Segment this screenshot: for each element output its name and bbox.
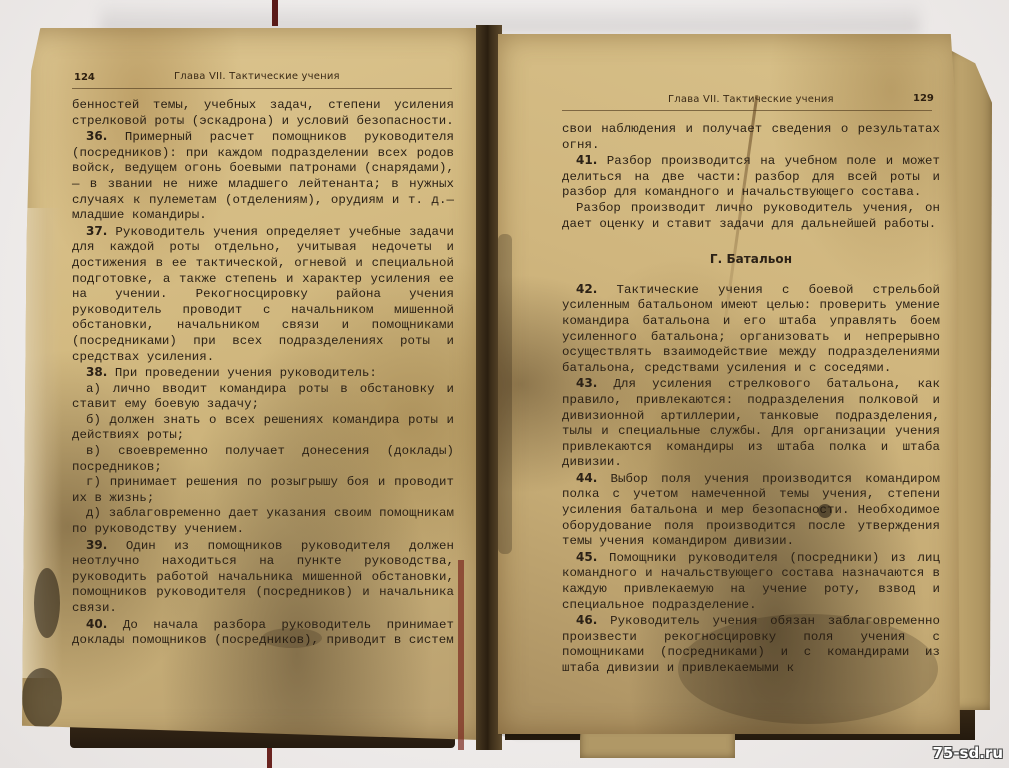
- paragraph: бенностей темы, учебных задач, степени у…: [72, 98, 454, 129]
- paragraph: а) лично вводит командира роты в обстано…: [72, 382, 454, 413]
- paragraph: 43. Для усиления стрелкового батальона, …: [562, 376, 940, 471]
- paragraph-text: Разбор производится на учебном поле и мо…: [562, 154, 940, 199]
- mold-stain: [22, 668, 62, 728]
- paragraph-text: Один из помощников руководителя должен н…: [72, 539, 454, 615]
- paragraph-text: Примерный расчет помощников руководителя…: [72, 130, 454, 222]
- paragraph-number: 42.: [576, 282, 597, 296]
- paragraph-text: Для усиления стрелкового батальона, как …: [562, 377, 940, 469]
- paragraph-text: До начала разбора руководитель принимает…: [72, 618, 454, 648]
- paragraph: 42. Тактические учения с боевой стрельбо…: [562, 282, 940, 377]
- paragraph-text: г) принимает решения по розыгрышу боя и …: [72, 475, 454, 505]
- paragraph-number: 45.: [576, 550, 597, 564]
- paragraph-text: свои наблюдения и получает сведения о ре…: [562, 122, 940, 152]
- left-page-body: бенностей темы, учебных задач, степени у…: [72, 98, 454, 649]
- bookmark-ribbon-top: [272, 0, 278, 26]
- paragraph-text: б) должен знать о всех решениях командир…: [72, 413, 454, 443]
- mold-stain: [678, 614, 938, 724]
- paragraph-number: 38.: [86, 365, 107, 379]
- paragraph-text: Разбор производит лично руководитель уче…: [562, 201, 940, 231]
- paragraph-text: Руководитель учения определяет учебные з…: [72, 225, 454, 364]
- mold-stain: [262, 628, 322, 648]
- paragraph: 38. При проведении учения руководитель:: [72, 365, 454, 382]
- paragraph-text: Помощники руководителя (посредники) из л…: [562, 551, 940, 612]
- paragraph-number: 39.: [86, 538, 107, 552]
- paragraph-text: бенностей темы, учебных задач, степени у…: [72, 98, 454, 128]
- paragraph-text: а) лично вводит командира роты в обстано…: [72, 382, 454, 412]
- paragraph: 40. До начала разбора руководитель прини…: [72, 617, 454, 649]
- page-number: 129: [913, 93, 934, 104]
- right-page: Глава VII. Тактические учения 129 свои н…: [498, 34, 960, 734]
- page-number: 124: [74, 72, 95, 83]
- paragraph-text: д) заблаговременно дает указания своим п…: [72, 506, 454, 536]
- paragraph-number: 46.: [576, 613, 597, 627]
- running-head: Глава VII. Тактические учения: [174, 71, 340, 82]
- paragraph-text: При проведении учения руководитель:: [115, 366, 377, 380]
- paragraph: 36. Примерный расчет помощников руководи…: [72, 129, 454, 224]
- mold-stain: [34, 568, 60, 638]
- paragraph-text: Выбор поля учения производится командиро…: [562, 472, 940, 548]
- paragraph: б) должен знать о всех решениях командир…: [72, 413, 454, 444]
- paragraph: 39. Один из помощников руководителя долж…: [72, 538, 454, 617]
- running-head: Глава VII. Тактические учения: [668, 94, 834, 105]
- paragraph-number: 43.: [576, 376, 597, 390]
- header-rule: [562, 110, 932, 111]
- paragraph-number: 37.: [86, 224, 107, 238]
- spine-binding: [458, 560, 464, 750]
- left-page: 124 Глава VII. Тактические учения беннос…: [22, 28, 480, 740]
- section-title: Г. Батальон: [562, 252, 940, 268]
- paragraph-number: 36.: [86, 129, 107, 143]
- paragraph: д) заблаговременно дает указания своим п…: [72, 506, 454, 537]
- paragraph-number: 40.: [86, 617, 107, 631]
- right-page-body: свои наблюдения и получает сведения о ре…: [562, 122, 940, 677]
- paragraph-number: 44.: [576, 471, 597, 485]
- paragraph-text: в) своевременно получает донесения (докл…: [72, 444, 454, 474]
- paragraph: г) принимает решения по розыгрышу боя и …: [72, 475, 454, 506]
- paragraph: свои наблюдения и получает сведения о ре…: [562, 122, 940, 153]
- paragraph: Разбор производит лично руководитель уче…: [562, 201, 940, 232]
- paragraph: 37. Руководитель учения определяет учебн…: [72, 224, 454, 365]
- ink-spot: [818, 504, 832, 518]
- paragraph: 45. Помощники руководителя (посредники) …: [562, 550, 940, 613]
- paragraph: 41. Разбор производится на учебном поле …: [562, 153, 940, 201]
- spine-stain: [498, 234, 512, 554]
- site-watermark: 75-sd.ru: [932, 744, 1003, 762]
- paragraph-number: 41.: [576, 153, 597, 167]
- header-rule: [72, 88, 452, 89]
- paragraph-text: Тактические учения с боевой стрельбой ус…: [562, 283, 940, 375]
- paragraph: в) своевременно получает донесения (докл…: [72, 444, 454, 475]
- paragraph: 44. Выбор поля учения производится коман…: [562, 471, 940, 550]
